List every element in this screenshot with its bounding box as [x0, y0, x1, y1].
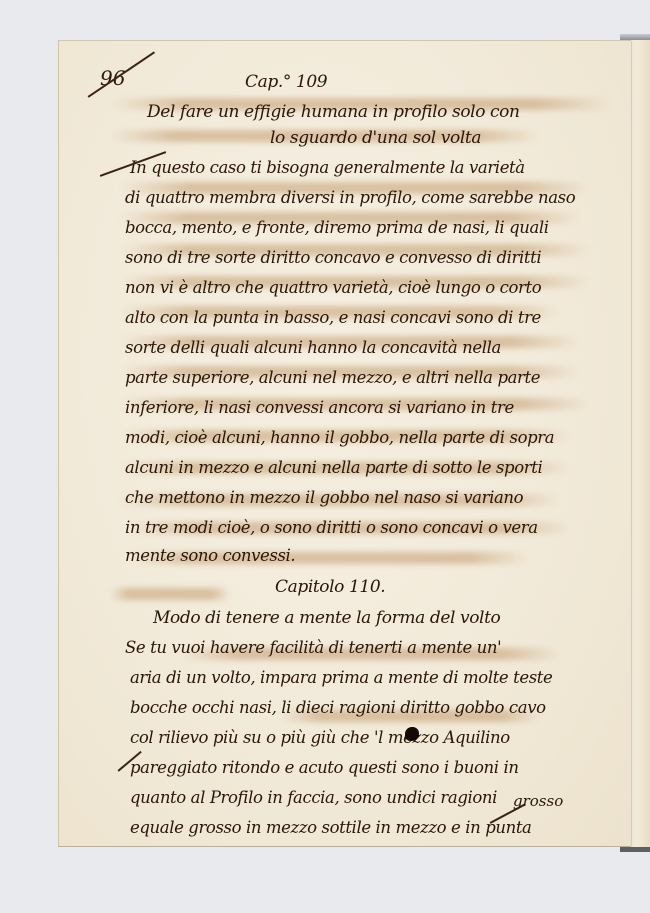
chapter-110-title: Modo di tenere a mente la forma del volt… — [153, 608, 500, 628]
chapter-109-heading: Cap.° 109 — [245, 72, 327, 92]
page-stack-bottom-shadow — [620, 847, 650, 852]
chapter-110-body-line: aria di un volto, impara prima a mente d… — [130, 668, 552, 687]
chapter-110-heading: Capitolo 110. — [275, 577, 385, 597]
chapter-109-body-line: mente sono convessi. — [125, 546, 295, 565]
chapter-109-body-line: bocca, mento, e fronte, diremo prima de … — [125, 218, 549, 237]
chapter-109-body-line: in tre modi cioè, o sono diritti o sono … — [125, 518, 538, 537]
bleed-through-stain — [110, 588, 230, 600]
chapter-110-body-line: quanto al Profilo in faccia, sono undici… — [130, 788, 497, 807]
chapter-109-body-line: modi, cioè alcuni, hanno il gobbo, nella… — [125, 428, 554, 447]
chapter-110-body-line: col rilievo più su o più giù che 'l mezz… — [130, 728, 510, 747]
chapter-109-body-line: di quattro membra diversi in profilo, co… — [125, 188, 575, 207]
chapter-109-body-line: che mettono in mezzo il gobbo nel naso s… — [125, 488, 523, 507]
chapter-110-body-line: bocche occhi nasi, li dieci ragioni diri… — [130, 698, 546, 717]
chapter-110-body-line: Se tu vuoi havere facilità di tenerti a … — [125, 638, 501, 657]
chapter-110-body-line: pareggiato ritondo e acuto questi sono i… — [130, 758, 519, 777]
chapter-109-title-line-1: Del fare un effigie humana in profilo so… — [147, 102, 520, 122]
page-stack-top-shadow — [620, 34, 650, 40]
catchword: grosso — [513, 792, 563, 810]
chapter-110-body-line: equale grosso in mezzo sottile in mezzo … — [130, 818, 532, 837]
chapter-109-body-line: sorte delli quali alcuni hanno la concav… — [125, 338, 501, 357]
chapter-109-body-line: sono di tre sorte diritto concavo e conv… — [125, 248, 541, 267]
chapter-109-body-line: non vi è altro che quattro varietà, cioè… — [125, 278, 541, 297]
chapter-109-body-line: alcuni in mezzo e alcuni nella parte di … — [125, 458, 542, 477]
chapter-109-title-line-2: lo sguardo d'una sol volta — [270, 128, 481, 148]
chapter-109-body-line: parte superiore, alcuni nel mezzo, e alt… — [125, 368, 540, 387]
chapter-109-body-line: alto con la punta in basso, e nasi conca… — [125, 308, 541, 327]
chapter-109-body-line: inferiore, li nasi convessi ancora si va… — [125, 398, 514, 417]
chapter-109-body-line: In questo caso ti bisogna generalmente l… — [130, 158, 525, 177]
